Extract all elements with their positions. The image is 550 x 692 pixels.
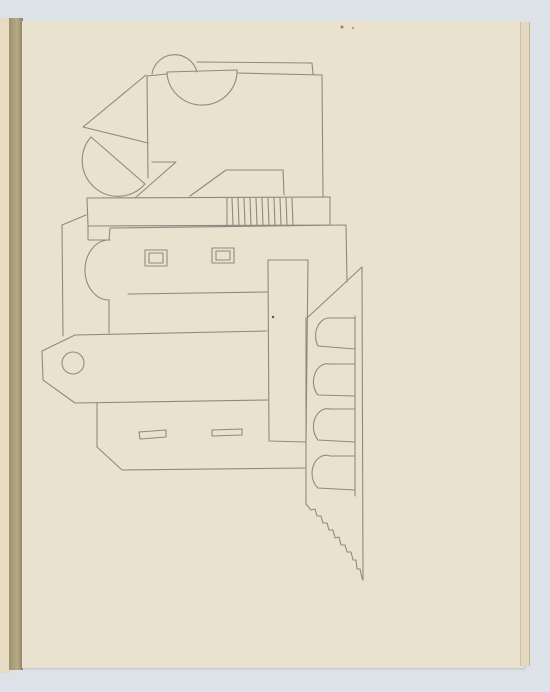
window	[212, 429, 242, 436]
pencil-sketch	[0, 0, 550, 692]
window	[139, 430, 166, 439]
arch	[316, 318, 355, 349]
arch	[312, 455, 355, 490]
vertical-tower	[268, 260, 308, 442]
arcade	[306, 267, 363, 580]
gable-wing	[42, 331, 268, 403]
window	[212, 248, 234, 263]
stepped-base	[306, 504, 363, 580]
middle-building	[62, 215, 347, 336]
stair-band	[87, 197, 330, 240]
lower-building	[97, 403, 306, 470]
arch	[313, 364, 355, 396]
top-domes	[147, 55, 322, 105]
main-block	[82, 75, 323, 198]
window	[145, 250, 167, 266]
round-window	[62, 352, 84, 374]
stair-hatching	[227, 198, 293, 225]
arch	[313, 409, 355, 442]
